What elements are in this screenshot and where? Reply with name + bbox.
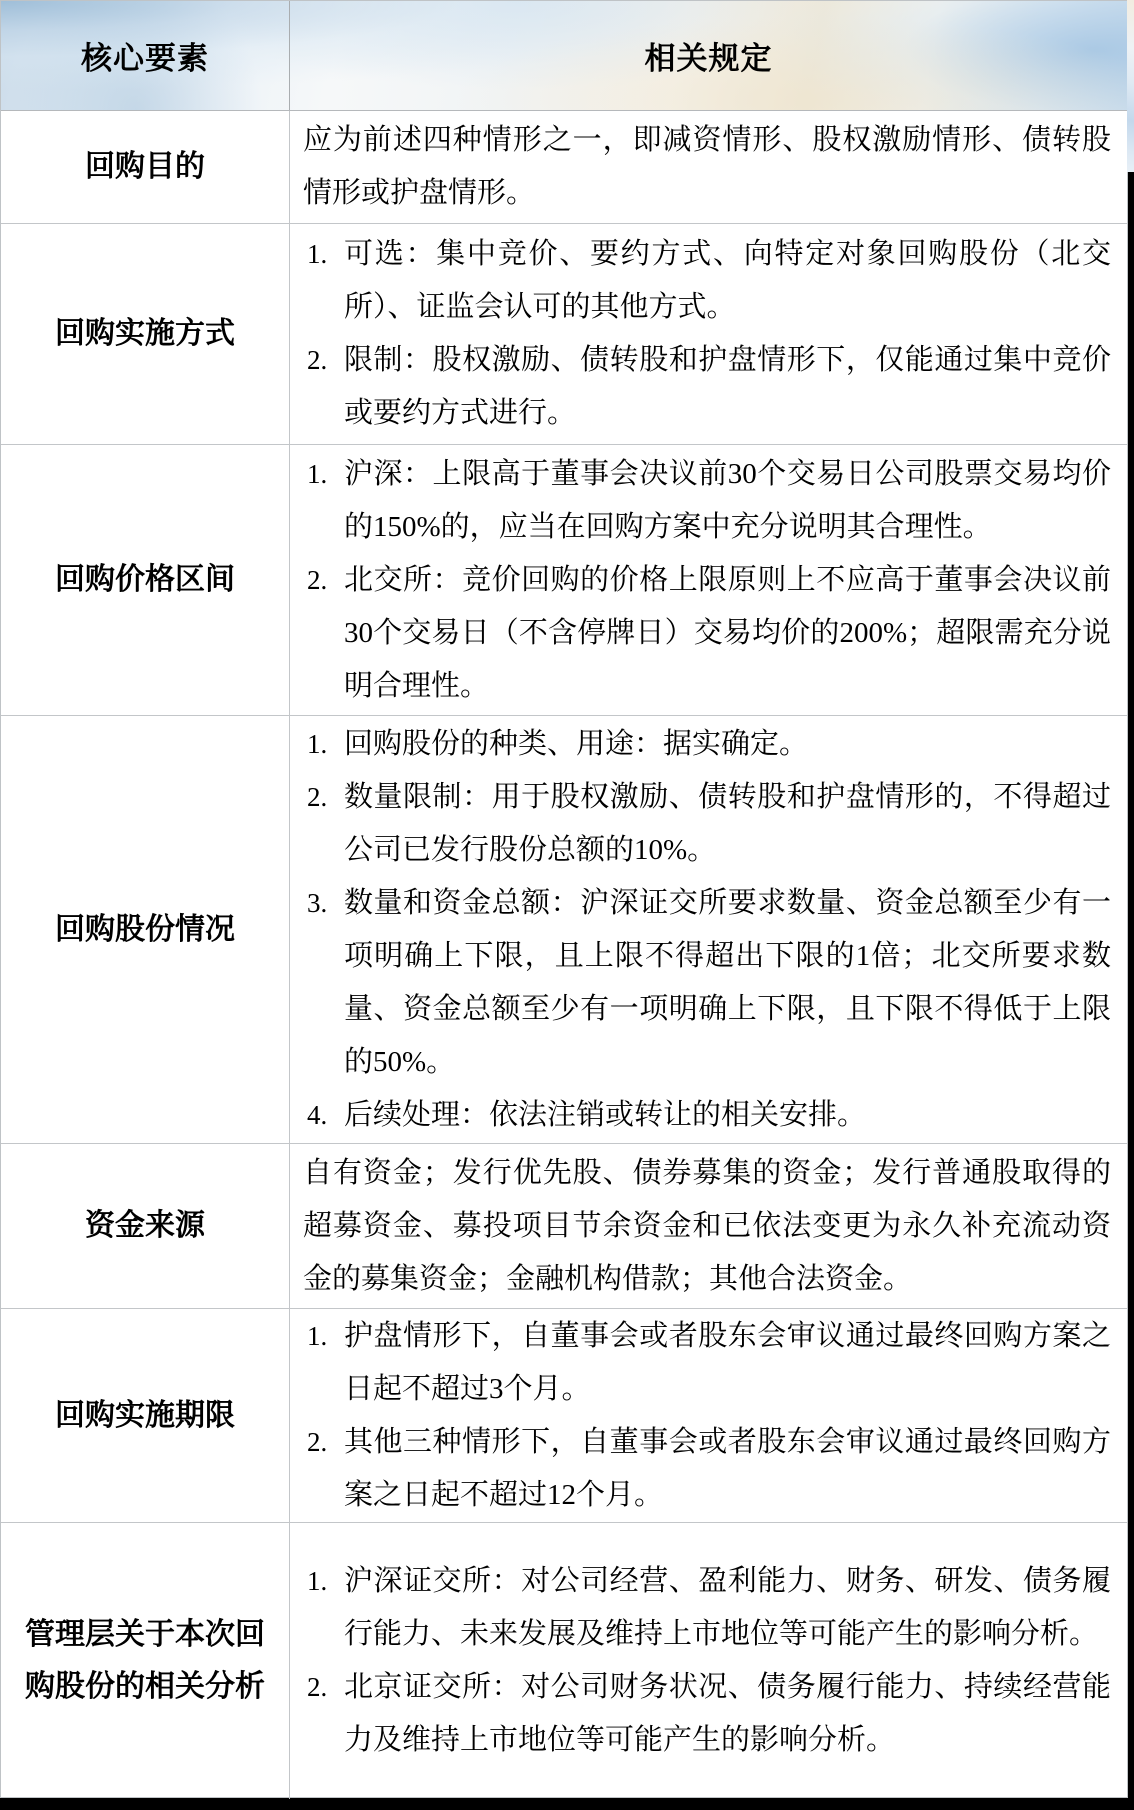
list-item-text: 限制：股权激励、债转股和护盘情形下，仅能通过集中竞价或要约方式进行。: [344, 344, 1111, 429]
list-item-number: 2.: [307, 1416, 327, 1469]
table-row: 回购目的应为前述四种情形之一，即减资情形、股权激励情形、债转股情形或护盘情形。: [1, 111, 1127, 224]
regulation-list-item: 1.沪深证交所：对公司经营、盈利能力、财务、研发、债务履行能力、未来发展及维持上…: [303, 1555, 1111, 1661]
regulation-list-item: 1.沪深：上限高于董事会决议前30个交易日公司股票交易均价的150%的，应当在回…: [303, 448, 1111, 554]
list-item-number: 1.: [307, 1310, 327, 1363]
regulation-text: 自有资金；发行优先股、债券募集的资金；发行普通股取得的超募资金、募投项目节余资金…: [303, 1147, 1111, 1306]
list-item-number: 1.: [307, 1555, 327, 1608]
list-item-number: 1.: [307, 718, 327, 771]
regulation-text: 应为前述四种情形之一，即减资情形、股权激励情形、债转股情形或护盘情形。: [303, 114, 1111, 220]
list-item-text: 可选：集中竞价、要约方式、向特定对象回购股份（北交所）、证监会认可的其他方式。: [344, 238, 1111, 323]
list-item-text: 后续处理：依法注销或转让的相关安排。: [344, 1099, 866, 1131]
regulation-list-item: 2.其他三种情形下，自董事会或者股东会审议通过最终回购方案之日起不超过12个月。: [303, 1416, 1111, 1522]
list-item-text: 沪深证交所：对公司经营、盈利能力、财务、研发、债务履行能力、未来发展及维持上市地…: [344, 1565, 1111, 1650]
list-item-text: 护盘情形下，自董事会或者股东会审议通过最终回购方案之日起不超过3个月。: [344, 1320, 1111, 1405]
table-rows: 回购目的应为前述四种情形之一，即减资情形、股权激励情形、债转股情形或护盘情形。回…: [1, 111, 1127, 1799]
list-item-number: 2.: [307, 771, 327, 824]
list-item-text: 北京证交所：对公司财务状况、债务履行能力、持续经营能力及维持上市地位等可能产生的…: [344, 1671, 1111, 1756]
row-content: 1.回购股份的种类、用途：据实确定。2.数量限制：用于股权激励、债转股和护盘情形…: [290, 716, 1127, 1143]
regulation-list-item: 2.限制：股权激励、债转股和护盘情形下，仅能通过集中竞价或要约方式进行。: [303, 334, 1111, 440]
row-label: 资金来源: [1, 1144, 290, 1308]
regulation-list: 1.回购股份的种类、用途：据实确定。2.数量限制：用于股权激励、债转股和护盘情形…: [303, 718, 1111, 1142]
row-content: 自有资金；发行优先股、债券募集的资金；发行普通股取得的超募资金、募投项目节余资金…: [290, 1144, 1127, 1308]
regulation-table: 核心要素 相关规定 回购目的应为前述四种情形之一，即减资情形、股权激励情形、债转…: [0, 0, 1128, 1798]
regulation-list: 1.沪深：上限高于董事会决议前30个交易日公司股票交易均价的150%的，应当在回…: [303, 448, 1111, 713]
list-item-text: 数量限制：用于股权激励、债转股和护盘情形的，不得超过公司已发行股份总额的10%。: [344, 781, 1111, 866]
table-row: 回购股份情况1.回购股份的种类、用途：据实确定。2.数量限制：用于股权激励、债转…: [1, 716, 1127, 1144]
regulation-list: 1.沪深证交所：对公司经营、盈利能力、财务、研发、债务履行能力、未来发展及维持上…: [303, 1555, 1111, 1767]
row-content: 1.沪深：上限高于董事会决议前30个交易日公司股票交易均价的150%的，应当在回…: [290, 445, 1127, 715]
list-item-number: 1.: [307, 448, 327, 501]
regulation-list-item: 2.北京证交所：对公司财务状况、债务履行能力、持续经营能力及维持上市地位等可能产…: [303, 1661, 1111, 1767]
table-header: 核心要素 相关规定: [1, 1, 1127, 111]
row-content: 应为前述四种情形之一，即减资情形、股权激励情形、债转股情形或护盘情形。: [290, 111, 1127, 223]
regulation-list-item: 4.后续处理：依法注销或转让的相关安排。: [303, 1089, 1111, 1142]
document-page: 核心要素 相关规定 回购目的应为前述四种情形之一，即减资情形、股权激励情形、债转…: [0, 0, 1134, 1810]
row-label: 回购实施方式: [1, 224, 290, 444]
row-label: 回购目的: [1, 111, 290, 223]
row-content: 1.沪深证交所：对公司经营、盈利能力、财务、研发、债务履行能力、未来发展及维持上…: [290, 1523, 1127, 1799]
column-header-label: 相关规定: [645, 33, 773, 78]
row-content: 1.可选：集中竞价、要约方式、向特定对象回购股份（北交所）、证监会认可的其他方式…: [290, 224, 1127, 444]
table-row: 回购价格区间1.沪深：上限高于董事会决议前30个交易日公司股票交易均价的150%…: [1, 445, 1127, 716]
list-item-text: 北交所：竞价回购的价格上限原则上不应高于董事会决议前30个交易日（不含停牌日）交…: [344, 564, 1111, 702]
regulation-list: 1.可选：集中竞价、要约方式、向特定对象回购股份（北交所）、证监会认可的其他方式…: [303, 228, 1111, 440]
list-item-text: 回购股份的种类、用途：据实确定。: [344, 728, 808, 760]
regulation-list-item: 2.北交所：竞价回购的价格上限原则上不应高于董事会决议前30个交易日（不含停牌日…: [303, 554, 1111, 713]
regulation-list-item: 1.回购股份的种类、用途：据实确定。: [303, 718, 1111, 771]
list-item-number: 1.: [307, 228, 327, 281]
row-label: 回购股份情况: [1, 716, 290, 1143]
list-item-text: 沪深：上限高于董事会决议前30个交易日公司股票交易均价的150%的，应当在回购方…: [344, 458, 1111, 543]
column-header-label: 核心要素: [81, 33, 209, 78]
row-content: 1.护盘情形下，自董事会或者股东会审议通过最终回购方案之日起不超过3个月。2.其…: [290, 1309, 1127, 1522]
regulation-list-item: 1.可选：集中竞价、要约方式、向特定对象回购股份（北交所）、证监会认可的其他方式…: [303, 228, 1111, 334]
list-item-text: 其他三种情形下，自董事会或者股东会审议通过最终回购方案之日起不超过12个月。: [344, 1426, 1111, 1511]
table-row: 资金来源自有资金；发行优先股、债券募集的资金；发行普通股取得的超募资金、募投项目…: [1, 1144, 1127, 1309]
slide-background-sliver: [1127, 0, 1134, 172]
column-header-core-elements: 核心要素: [1, 1, 290, 110]
table-row: 回购实施方式1.可选：集中竞价、要约方式、向特定对象回购股份（北交所）、证监会认…: [1, 224, 1127, 445]
regulation-list-item: 3.数量和资金总额：沪深证交所要求数量、资金总额至少有一项明确上下限，且上限不得…: [303, 877, 1111, 1089]
regulation-list-item: 2.数量限制：用于股权激励、债转股和护盘情形的，不得超过公司已发行股份总额的10…: [303, 771, 1111, 877]
list-item-text: 数量和资金总额：沪深证交所要求数量、资金总额至少有一项明确上下限，且上限不得超出…: [344, 887, 1111, 1078]
regulation-list-item: 1.护盘情形下，自董事会或者股东会审议通过最终回购方案之日起不超过3个月。: [303, 1310, 1111, 1416]
list-item-number: 2.: [307, 334, 327, 387]
row-label: 回购价格区间: [1, 445, 290, 715]
table-row: 管理层关于本次回购股份的相关分析1.沪深证交所：对公司经营、盈利能力、财务、研发…: [1, 1523, 1127, 1799]
row-label: 管理层关于本次回购股份的相关分析: [1, 1523, 290, 1799]
list-item-number: 3.: [307, 877, 327, 930]
list-item-number: 4.: [307, 1089, 327, 1142]
table-row: 回购实施期限1.护盘情形下，自董事会或者股东会审议通过最终回购方案之日起不超过3…: [1, 1309, 1127, 1523]
list-item-number: 2.: [307, 1661, 327, 1714]
regulation-list: 1.护盘情形下，自董事会或者股东会审议通过最终回购方案之日起不超过3个月。2.其…: [303, 1310, 1111, 1522]
row-label: 回购实施期限: [1, 1309, 290, 1522]
list-item-number: 2.: [307, 554, 327, 607]
column-header-regulations: 相关规定: [290, 1, 1127, 110]
